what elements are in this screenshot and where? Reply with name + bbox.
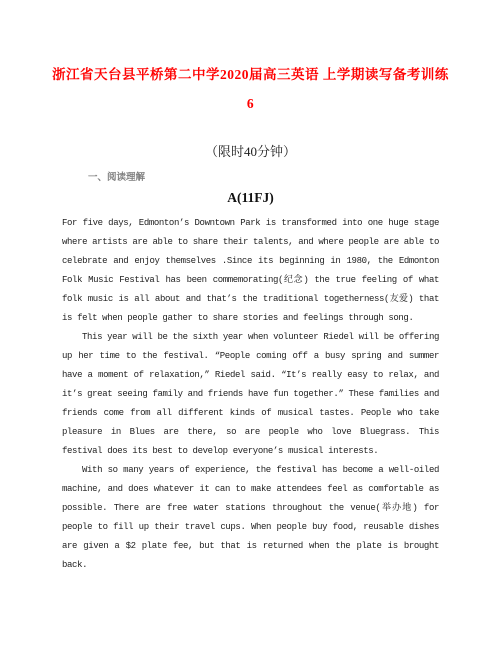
passage-heading: A(11FJ) xyxy=(0,190,501,206)
section-heading-reading-comprehension: 一、阅读理解 xyxy=(88,172,501,184)
passage-paragraph-2: This year will be the sixth year when vo… xyxy=(62,328,439,461)
document-title-line1: 浙江省天台县平桥第二中学2020届高三英语 上学期读写备考训练 xyxy=(0,60,501,89)
document-title-line2: 6 xyxy=(0,89,501,118)
passage-paragraph-1: For five days, Edmonton’s Downtown Park … xyxy=(62,214,439,328)
exam-document-page: 浙江省天台县平桥第二中学2020届高三英语 上学期读写备考训练 6 （限时40分… xyxy=(0,0,501,649)
passage-paragraph-3: With so many years of experience, the fe… xyxy=(62,461,439,575)
document-title: 浙江省天台县平桥第二中学2020届高三英语 上学期读写备考训练 6 xyxy=(0,60,501,118)
passage-body: For five days, Edmonton’s Downtown Park … xyxy=(0,214,501,575)
time-limit-note: （限时40分钟） xyxy=(0,144,501,160)
